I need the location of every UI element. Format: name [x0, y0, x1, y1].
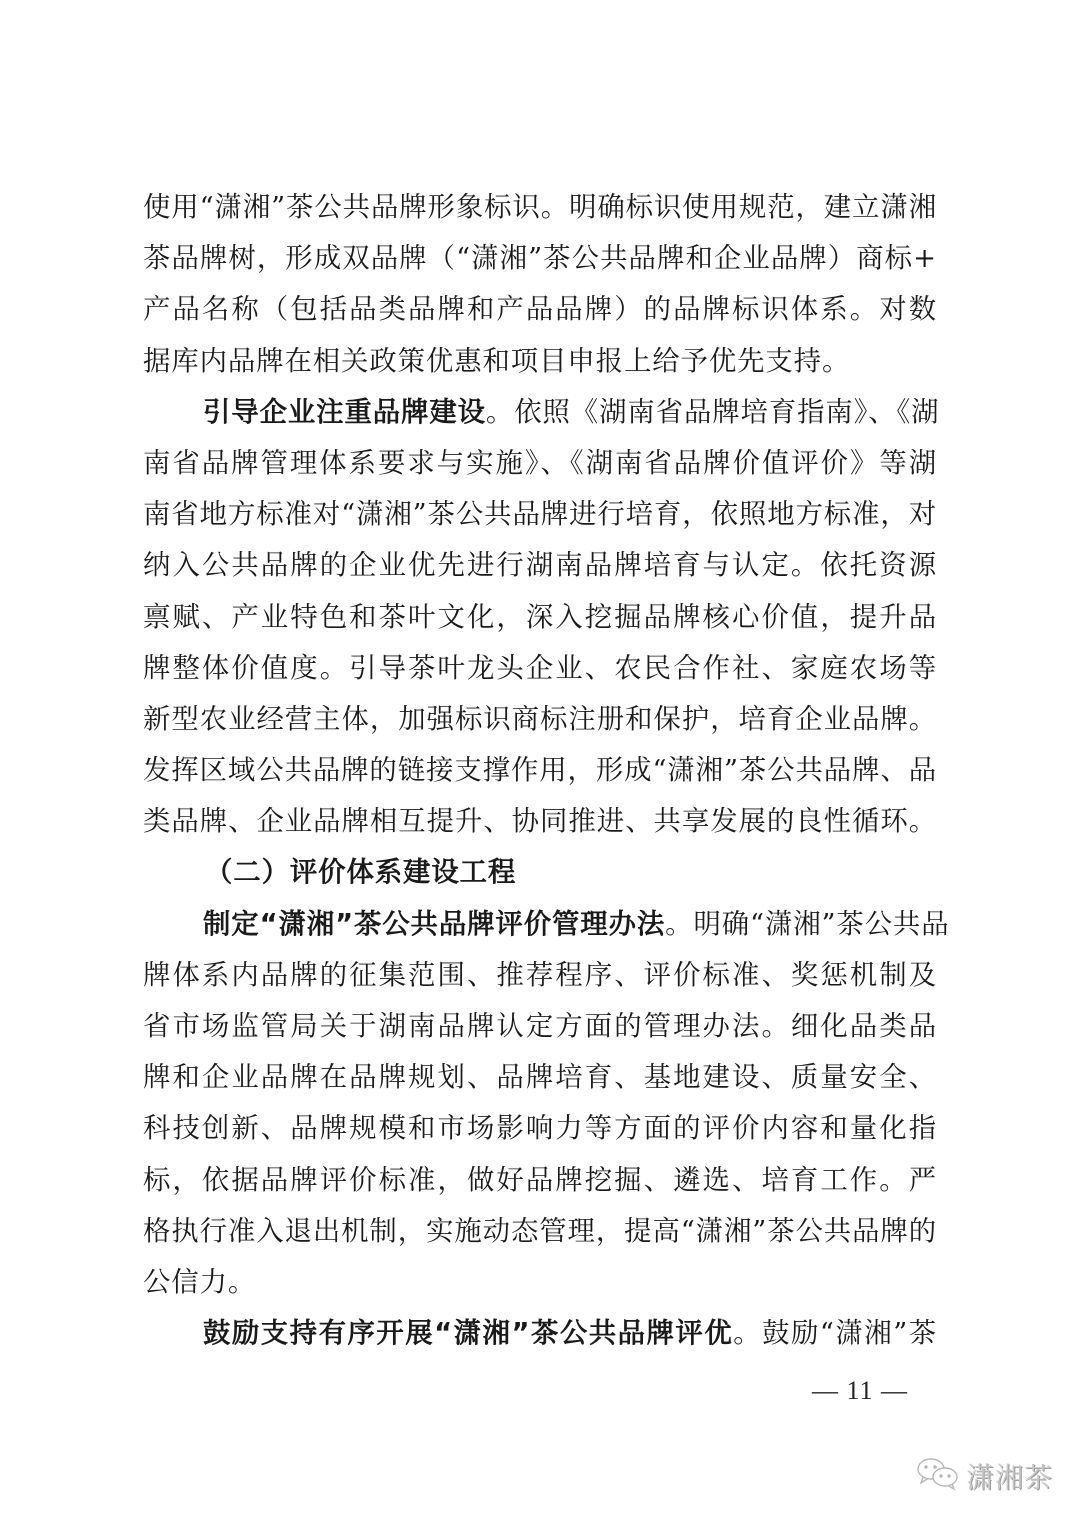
paragraph-lead-bold: 制定“潇湘”茶公共品牌评价管理办法: [203, 909, 665, 940]
section-heading: （二）评价体系建设工程: [143, 847, 937, 898]
text-line: 省市场监管局关于湖南品牌认定方面的管理办法。细化品类品: [143, 1001, 937, 1052]
text-line: 使用“潇湘”茶公共品牌形象标识。明确标识使用规范，建立潇湘: [143, 182, 937, 233]
text-line: 牌和企业品牌在品牌规划、品牌培育、基地建设、质量安全、: [143, 1052, 937, 1103]
paragraph-lead-rest: 。鼓励“潇湘”茶: [733, 1318, 937, 1349]
text-line: 类品牌、企业品牌相互提升、协同推进、共享发展的良性循环。: [143, 796, 937, 847]
text-line: 产品名称（包括品类品牌和产品品牌）的品牌标识体系。对数: [143, 284, 937, 335]
text-line: 新型农业经营主体，加强标识商标注册和保护，培育企业品牌。: [143, 694, 937, 745]
text-line: 南省地方标准对“潇湘”茶公共品牌进行培育，依照地方标准，对: [143, 489, 937, 540]
paragraph-first-line: 制定“潇湘”茶公共品牌评价管理办法。明确“潇湘”茶公共品: [143, 899, 937, 950]
text-line: 标，依据品牌评价标准，做好品牌挖掘、遴选、培育工作。严: [143, 1155, 937, 1206]
text-line: 牌体系内品牌的征集范围、推荐程序、评价标准、奖惩机制及: [143, 950, 937, 1001]
text-line: 牌整体价值度。引导茶叶龙头企业、农民合作社、家庭农场等: [143, 643, 937, 694]
wechat-icon: [916, 1457, 960, 1495]
paragraph-lead-bold: 鼓励支持有序开展“潇湘”茶公共品牌评优: [203, 1318, 733, 1349]
watermark-text: 潇湘茶: [966, 1456, 1053, 1496]
document-page: 使用“潇湘”茶公共品牌形象标识。明确标识使用规范，建立潇湘 茶品牌树，形成双品牌…: [143, 182, 937, 1359]
paragraph-lead-rest: 。依照《湖南省品牌培育指南》、《湖: [486, 397, 940, 428]
paragraph-lead-rest: 。明确“潇湘”茶公共品: [665, 909, 949, 940]
text-line: 茶品牌树，形成双品牌（“潇湘”茶公共品牌和企业品牌）商标+: [143, 233, 937, 284]
paragraph-lead-bold: 引导企业注重品牌建设: [203, 397, 486, 428]
paragraph-first-line: 鼓励支持有序开展“潇湘”茶公共品牌评优。鼓励“潇湘”茶: [143, 1308, 937, 1359]
page-number: — 11 —: [812, 1376, 908, 1406]
text-line: 禀赋、产业特色和茶叶文化，深入挖掘品牌核心价值，提升品: [143, 592, 937, 643]
text-line: 公信力。: [143, 1257, 937, 1308]
paragraph-first-line: 引导企业注重品牌建设。依照《湖南省品牌培育指南》、《湖: [143, 387, 937, 438]
text-line: 据库内品牌在相关政策优惠和项目申报上给予优先支持。: [143, 336, 937, 387]
text-line: 南省品牌管理体系要求与实施》、《湖南省品牌价值评价》等湖: [143, 438, 937, 489]
watermark: 潇湘茶: [916, 1456, 1053, 1496]
text-line: 格执行准入退出机制，实施动态管理，提高“潇湘”茶公共品牌的: [143, 1206, 937, 1257]
text-line: 科技创新、品牌规模和市场影响力等方面的评价内容和量化指: [143, 1103, 937, 1154]
text-line: 纳入公共品牌的企业优先进行湖南品牌培育与认定。依托资源: [143, 540, 937, 591]
text-line: 发挥区域公共品牌的链接支撑作用，形成“潇湘”茶公共品牌、品: [143, 745, 937, 796]
